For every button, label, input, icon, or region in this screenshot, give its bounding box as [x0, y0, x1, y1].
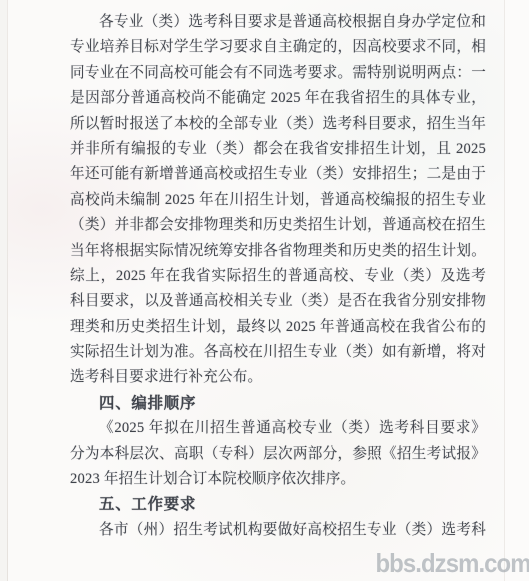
- text-line: 理类和历史类招生计划，最终以 2025 年普通高校在我省公布的: [70, 315, 486, 340]
- text-line: （类）并非都会安排物理类和历史类招生计划，普通高校在招生: [70, 213, 486, 238]
- text-line: 科目要求，以及普通高校相关专业（类）是否在我省分别安排物: [70, 289, 486, 314]
- text-line: 并非所有编报的专业（类）都会在我省安排招生计划，且 2025: [70, 137, 486, 162]
- section-heading: 五、工作要求: [70, 492, 486, 517]
- text-line: 高校尚未编制 2025 年在川招生计划，普通高校编报的招生专业: [70, 188, 486, 213]
- text-line: 所以暂时报送了本校的全部专业（类）选考科目要求，招生当年: [70, 112, 486, 137]
- text-line: 年还可能有新增普通高校或招生专业（类）安排招生；二是由于: [70, 162, 486, 187]
- text-line: 综上，2025 年在我省实际招生的普通高校、专业（类）及选考: [70, 264, 486, 289]
- text-line: 分为本科层次、高职（专科）层次两部分，参照《招生考试报》: [70, 442, 486, 467]
- section-heading: 四、编排顺序: [70, 391, 486, 416]
- text-line: 选考科目要求进行补充公布。: [70, 365, 486, 390]
- text-line: 各专业（类）选考科目要求是普通高校根据自身办学定位和: [70, 10, 486, 35]
- text-line: 各市（州）招生考试机构要做好高校招生专业（类）选考科: [70, 518, 486, 543]
- scan-left-margin: [0, 0, 7, 581]
- text-line: 当年将根据实际情况统筹安排各省物理类和历史类的招生计划。: [70, 239, 486, 264]
- scanned-document-page: 各专业（类）选考科目要求是普通高校根据自身办学定位和专业培养目标对学生学习要求自…: [0, 0, 529, 581]
- watermark: bbs.dzsm.com: [376, 548, 529, 579]
- scan-right-edge-line: [504, 0, 505, 581]
- text-line: 同专业在不同高校可能会有不同选考要求。需特别说明两点：一: [70, 61, 486, 86]
- scan-right-margin: [505, 0, 529, 581]
- document-lines: 各专业（类）选考科目要求是普通高校根据自身办学定位和专业培养目标对学生学习要求自…: [70, 10, 486, 543]
- text-line: 专业培养目标对学生学习要求自主确定的，因高校要求不同，相: [70, 35, 486, 60]
- text-line: 《2025 年拟在川招生普通高校专业（类）选考科目要求》: [70, 416, 486, 441]
- text-line: 是因部分普通高校尚不能确定 2025 年在我省招生的具体专业，: [70, 86, 486, 111]
- text-line: 2023 年招生计划合订本院校顺序依次排序。: [70, 467, 486, 492]
- text-line: 实际招生计划为准。各高校在川招生专业（类）如有新增，将对: [70, 340, 486, 365]
- scan-left-edge-line: [7, 0, 8, 581]
